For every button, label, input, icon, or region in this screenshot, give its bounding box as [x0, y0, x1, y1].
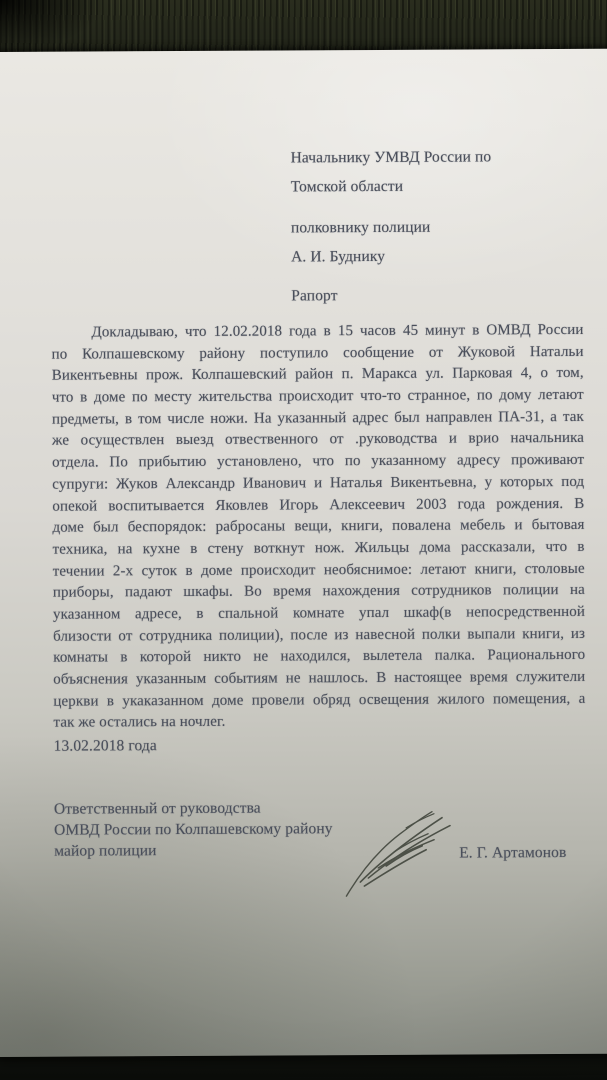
- body-line: отдела. По прибытию установлено, что по …: [52, 450, 584, 474]
- signoff-line: ОМВД России по Колпашевскому району: [54, 818, 333, 840]
- body-line: доме был беспорядок: рабросаны вещи, кни…: [52, 515, 584, 539]
- body-line: что в доме по месту жительства происходи…: [52, 385, 584, 409]
- body-line: же осуществлен выезд отвественного от .р…: [52, 428, 584, 452]
- signoff-line: майор полиции: [54, 839, 333, 861]
- report-body: Докладываю, что 12.02.2018 года в 15 час…: [51, 320, 585, 735]
- body-line: близости от сотрудника полиции), после и…: [53, 624, 585, 648]
- body-line: Викентьевны прож. Колпашевский район п. …: [52, 363, 584, 387]
- signoff-block: Ответственный от руководства ОМВД России…: [54, 797, 333, 861]
- body-line: течении 2-х суток в доме происходит необ…: [53, 558, 585, 582]
- addressee-name: А. И. Буднику: [291, 246, 385, 267]
- body-line: комнаты в которой никто не находился, вы…: [53, 645, 585, 669]
- recipient-line: Начальнику УМВД России по: [291, 146, 492, 168]
- document-photo: Начальнику УМВД России по Томской област…: [0, 0, 607, 1080]
- body-line: церкви в укаказанном доме провели обряд …: [53, 689, 585, 713]
- body-line: опекой воспитывается Яковлев Игорь Алекс…: [52, 493, 584, 517]
- body-line: по Колпашевскому району поступило сообще…: [52, 342, 584, 366]
- body-line: супруги: Жуков Александр Иванович и Ната…: [52, 472, 584, 496]
- signer-name: Е. Г. Артамонов: [459, 842, 566, 864]
- body-line: приборы, падают шкафы. Во время нахожден…: [53, 580, 585, 604]
- body-line: техника, на кухне в стену воткнут нож. Ж…: [53, 537, 585, 561]
- report-date: 13.02.2018 года: [54, 735, 157, 757]
- body-line: Докладываю, что 12.02.2018 года в 15 час…: [51, 320, 583, 344]
- report-title: Рапорт: [291, 285, 337, 306]
- recipient-line: Томской области: [291, 176, 404, 198]
- body-line: объяснения указанным событиям не нашлось…: [53, 667, 585, 691]
- body-line: так же остались на ночлег.: [53, 710, 585, 734]
- addressee-rank: полковнику полиции: [291, 217, 431, 239]
- handwritten-signature: [342, 790, 465, 901]
- body-line: указанном адресе, в спальной комнате упа…: [53, 602, 585, 626]
- paper-sheet: Начальнику УМВД России по Томской област…: [0, 49, 607, 1057]
- signoff-line: Ответственный от руководства: [54, 797, 333, 819]
- body-line: предметы, в том числе ножи. На указанный…: [52, 407, 584, 431]
